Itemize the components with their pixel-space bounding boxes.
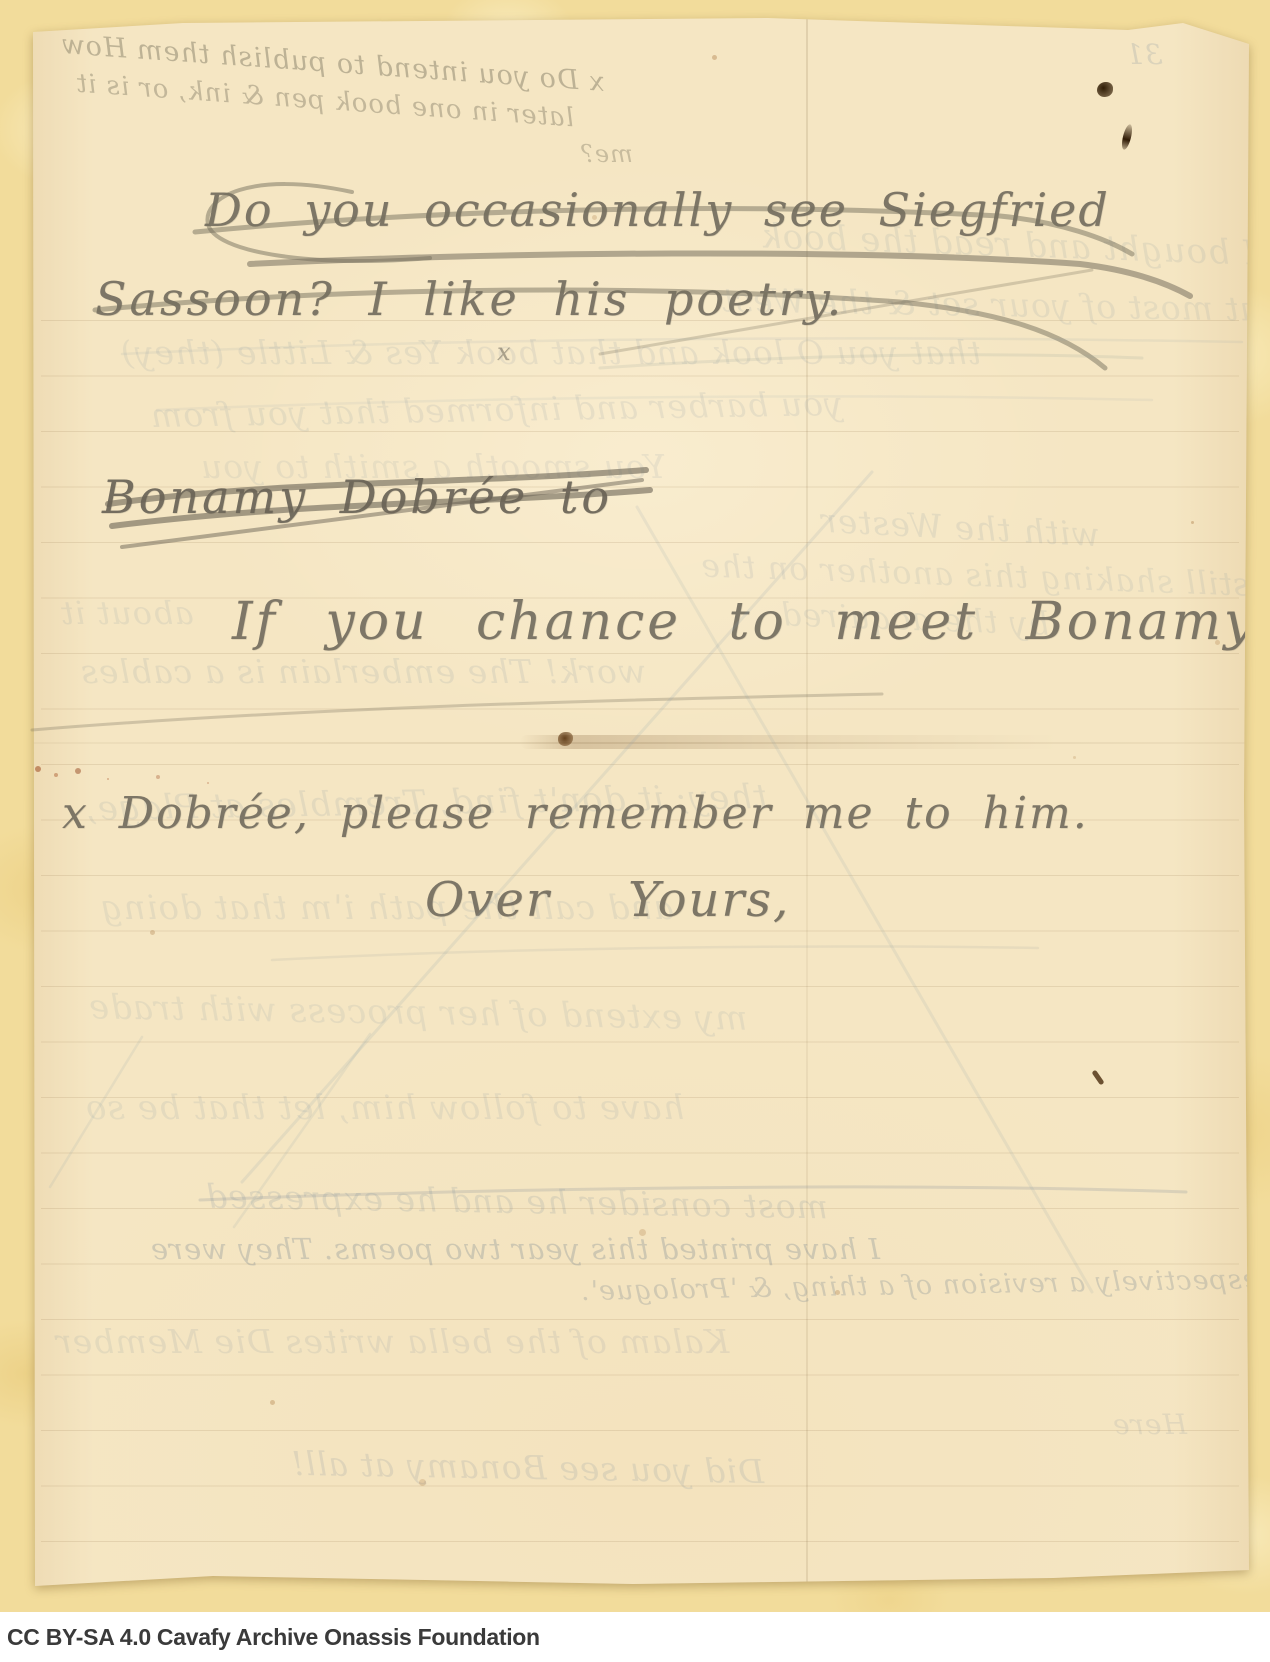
- handwritten-line-6-closing: Over Yours,: [425, 872, 790, 928]
- verso-showthrough-line: me?: [580, 140, 633, 168]
- handwritten-line-4: If you chance to meet Bonamy: [232, 592, 1256, 652]
- letter-sheet: x Do you intend to publish them How late…: [33, 18, 1249, 1594]
- handwritten-line-5: x Dobrée, please remember me to him.: [62, 788, 1089, 839]
- foxing-freckles: [712, 55, 717, 60]
- scanned-manuscript-page: { "page": { "kind": "scanned archival do…: [0, 0, 1270, 1662]
- ink-streak: [1120, 123, 1134, 150]
- letter-sheet-wrap: x Do you intend to publish them How late…: [33, 18, 1249, 1594]
- stain-smear: [520, 735, 1060, 749]
- caret-x-mark: x: [497, 338, 511, 366]
- stain-rust-cluster: [35, 766, 41, 772]
- attribution-text: CC BY-SA 4.0 Cavafy Archive Onassis Foun…: [7, 1612, 540, 1662]
- verso-showthrough-line: I have printed this year two poems. They…: [150, 1232, 880, 1266]
- verso-showthrough-line: Kalam of the bella writes Die Member: [55, 1322, 729, 1361]
- verso-showthrough-line: work! The emberlain is a cables: [80, 652, 646, 691]
- verso-showthrough-line: Here: [1112, 1408, 1187, 1441]
- verso-page-number: 31: [1125, 38, 1163, 71]
- handwritten-line-3: Bonamy Dobrée to: [102, 470, 612, 524]
- verso-showthrough-line: Did you see Bonamy at all!: [290, 1444, 765, 1491]
- verso-showthrough-line: have to follow him, let that be so: [85, 1088, 684, 1128]
- handwritten-line-1: Do you occasionally see Siegfried: [205, 183, 1110, 237]
- attribution-bar: CC BY-SA 4.0 Cavafy Archive Onassis Foun…: [0, 1612, 1270, 1662]
- ink-spot: [1097, 82, 1113, 97]
- verso-showthrough-line: about it: [60, 594, 194, 632]
- handwritten-line-2: Sassoon? I like his poetry.: [95, 272, 844, 326]
- verso-showthrough-line: that you O look and that book Yes & Litt…: [120, 333, 981, 372]
